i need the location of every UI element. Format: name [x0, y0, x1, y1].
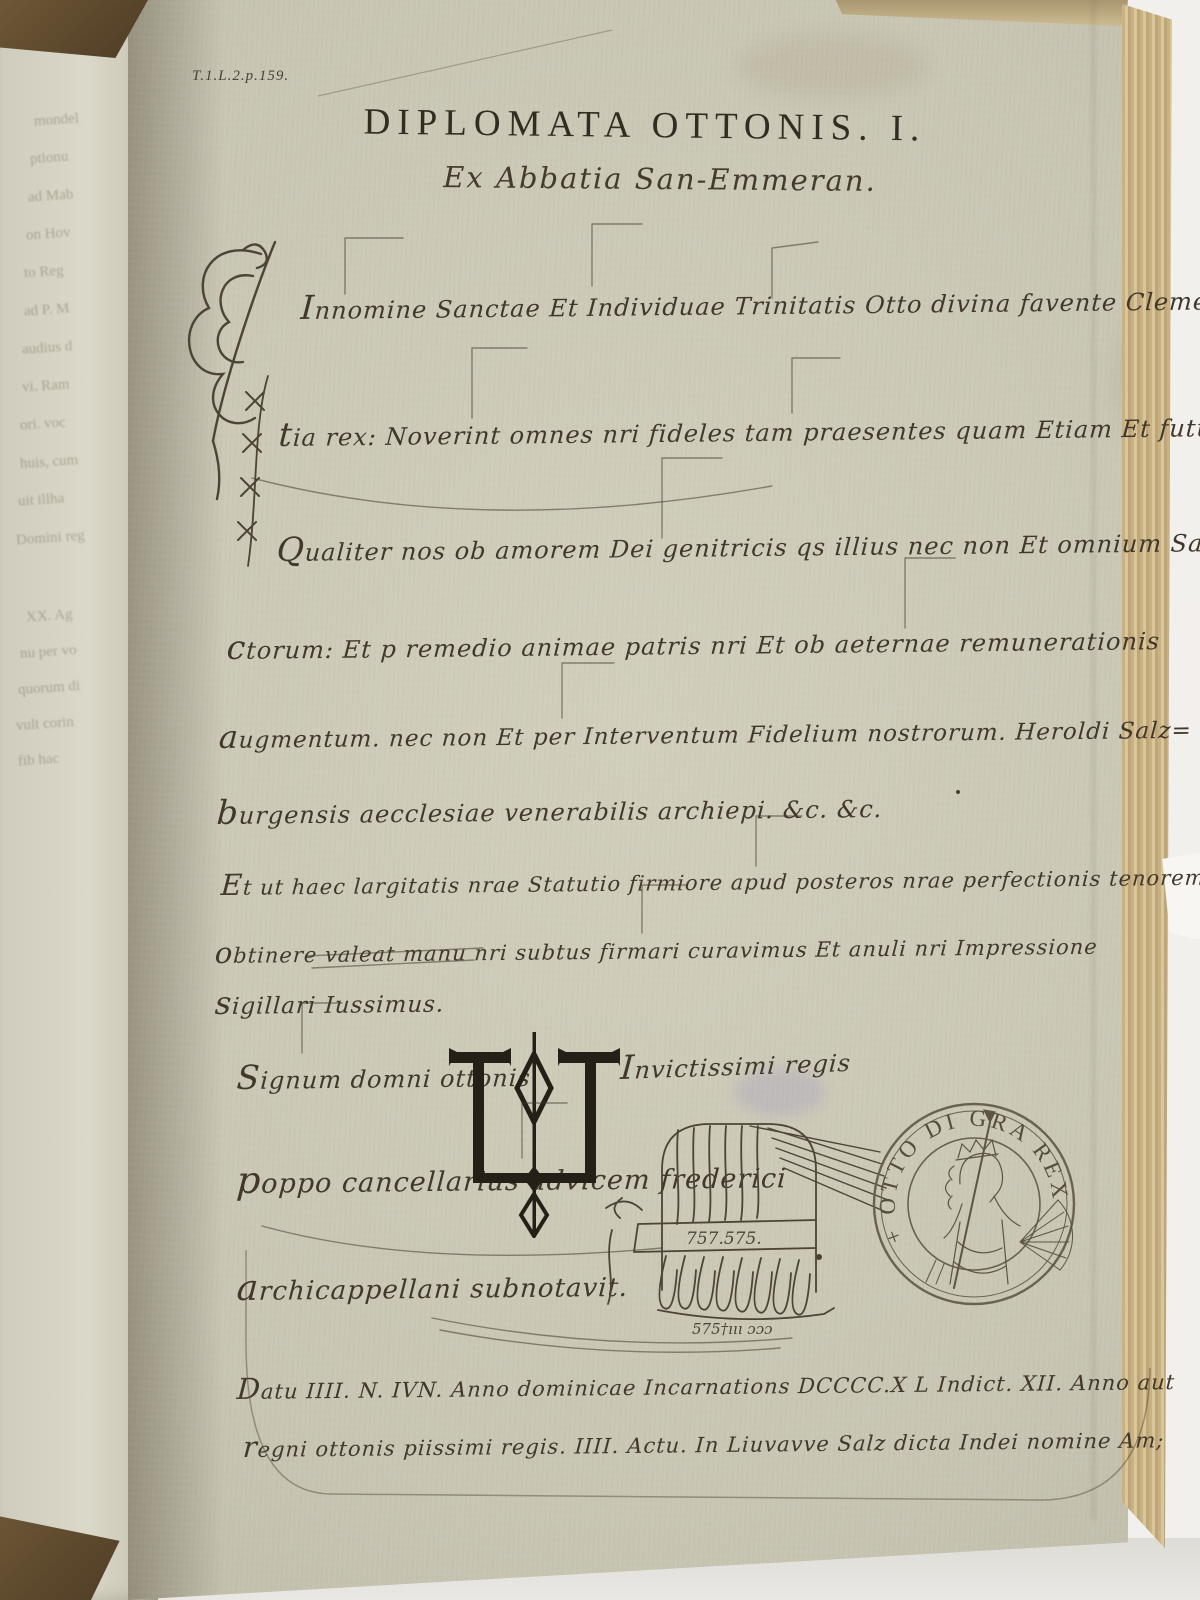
- page-block-edge: [1122, 4, 1172, 1564]
- archchaplain-line: archicappellani subnotavit.: [236, 1264, 630, 1309]
- facing-page-text-fragment: ptionu: [29, 149, 68, 169]
- recognition-under-numbers: 575†ııı ɔɔɔ: [692, 1320, 773, 1338]
- facing-page-text-fragment: huis, cum: [19, 452, 78, 473]
- royal-seal-icon: + OTTO DI GRA REX: [862, 1092, 1087, 1317]
- page-crease: [1092, 0, 1095, 1520]
- recognition-sign-icon: 757.575. 575†ııı ɔɔɔ: [600, 1112, 890, 1340]
- facing-page-text-fragment: audius d: [21, 338, 72, 358]
- script-line: burgensis aecclesiae venerabilis archiep…: [216, 786, 884, 832]
- facing-page-text-fragment: quorum di: [17, 678, 80, 699]
- facing-page-text-fragment: mondel: [33, 110, 79, 130]
- facing-page-text-fragment: uit illha: [17, 490, 64, 510]
- signum-line-right: Invictissimi regis: [619, 1040, 852, 1087]
- otto-monogram-icon: [447, 1026, 622, 1238]
- facing-page-text-fragment: vi. Ram: [21, 376, 70, 396]
- facing-page-text-fragment: vult corin: [15, 714, 74, 735]
- plate-title: DIPLOMATA OTTONIS. I.: [300, 100, 990, 151]
- plate-subtitle: Ex Abbatia San-Emmeran.: [380, 160, 940, 199]
- facing-page-text-fragment: XX. Ag: [25, 606, 73, 626]
- facing-page-text-fragment: to Reg: [23, 263, 64, 283]
- ink-dot: [956, 790, 960, 794]
- facing-page-text-fragment: Domini reg: [15, 528, 85, 550]
- paper-stain: [738, 34, 928, 98]
- facing-page-text-fragment: on Hov: [25, 224, 71, 244]
- script-line: sigillari Iussimus.: [214, 984, 446, 1022]
- facing-page-text-fragment: ad P. M: [23, 300, 70, 320]
- facing-page-text-fragment: nu per vo: [19, 642, 77, 663]
- facing-page-text-fragment: ad Mab: [27, 186, 73, 206]
- recognition-band-numbers: 757.575.: [686, 1229, 762, 1249]
- plate-reference-note: T.1.L.2.p.159.: [192, 68, 289, 85]
- chrismon-monogram-icon: [183, 236, 313, 576]
- facing-page-text-fragment: fib hac: [17, 751, 59, 771]
- photo-of-open-book: mondel ptionu ad Mab on Hov to Reg ad P.…: [0, 0, 1200, 1600]
- facing-page-text-fragment: ori. voc: [19, 414, 66, 434]
